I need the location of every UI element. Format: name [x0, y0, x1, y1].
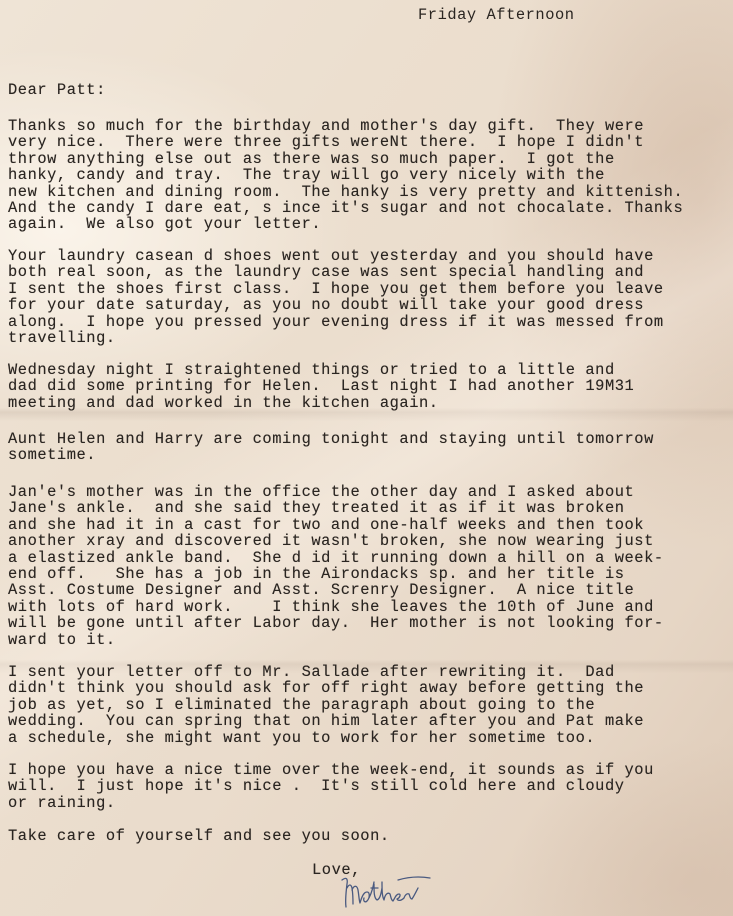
date-line: Friday Afternoon	[418, 6, 575, 24]
paragraph-take-care: Take care of yourself and see you soon.	[8, 828, 390, 844]
paragraph-aunt-helen: Aunt Helen and Harry are coming tonight …	[8, 431, 654, 464]
paragraph-weekend: I hope you have a nice time over the wee…	[8, 762, 654, 811]
handwritten-signature-icon	[338, 874, 438, 914]
signature-mother	[338, 874, 438, 914]
paragraph-wednesday: Wednesday night I straightened things or…	[8, 362, 634, 411]
salutation: Dear Patt:	[8, 82, 106, 98]
paragraph-laundry: Your laundry casean d shoes went out yes…	[8, 248, 664, 346]
paragraph-jane: Jan'e's mother was in the office the oth…	[8, 484, 664, 648]
paragraph-sallade: I sent your letter off to Mr. Sallade af…	[8, 664, 644, 746]
paragraph-thanks: Thanks so much for the birthday and moth…	[8, 118, 683, 233]
